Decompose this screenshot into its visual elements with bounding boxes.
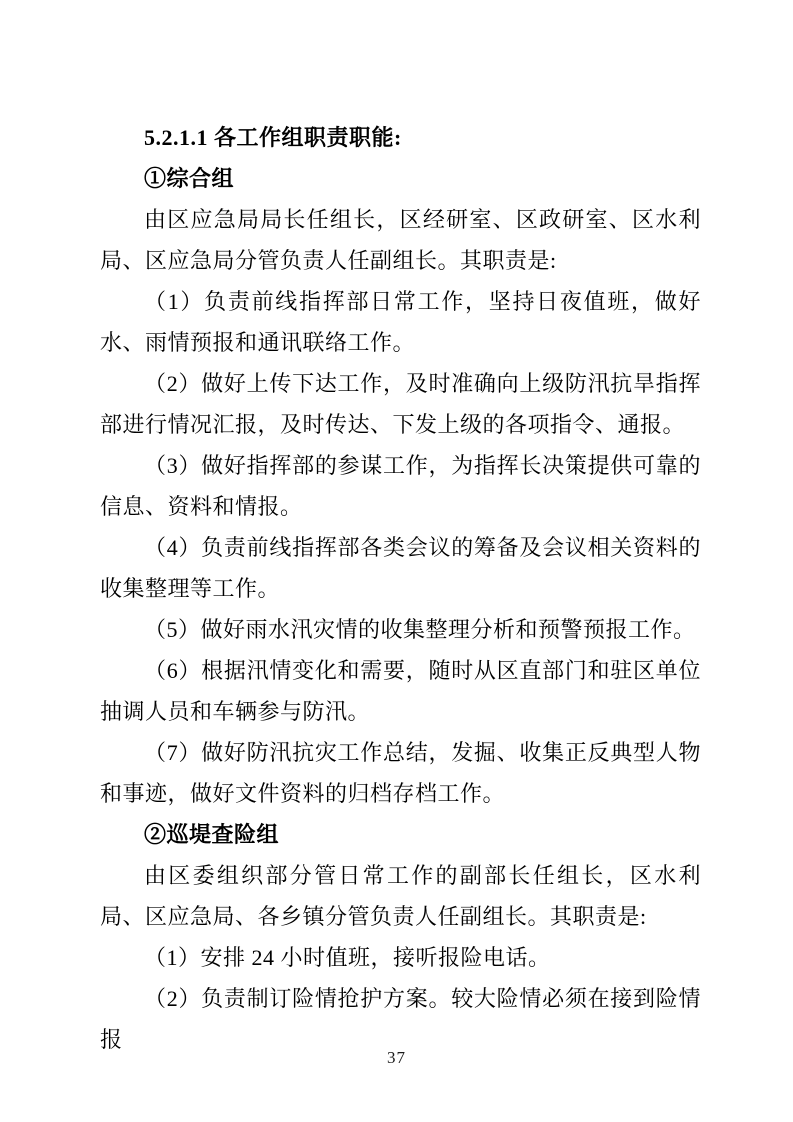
paragraph-duty-2-1: （1）安排 24 小时值班，接听报险电话。: [100, 937, 701, 978]
paragraph-intro-2: 由区委组织部分管日常工作的副部长任组长，区水利局、区应急局、各乡镇分管负责人任副…: [100, 855, 701, 937]
group-title-comprehensive: ①综合组: [100, 158, 701, 199]
paragraph-duty-1-2: （2）做好上传下达工作，及时准确向上级防汛抗旱指挥部进行情况汇报，及时传达、下发…: [100, 363, 701, 445]
section-heading: 5.2.1.1 各工作组职责职能:: [100, 117, 701, 158]
paragraph-duty-1-6: （6）根据汛情变化和需要，随时从区直部门和驻区单位抽调人员和车辆参与防汛。: [100, 650, 701, 732]
paragraph-duty-1-4: （4）负责前线指挥部各类会议的筹备及会议相关资料的收集整理等工作。: [100, 527, 701, 609]
paragraph-duty-1-5: （5）做好雨水汛灾情的收集整理分析和预警预报工作。: [100, 609, 701, 650]
document-content: 5.2.1.1 各工作组职责职能: ①综合组 由区应急局局长任组长，区经研室、区…: [100, 117, 701, 1060]
paragraph-duty-1-7: （7）做好防汛抗灾工作总结，发掘、收集正反典型人物和事迹，做好文件资料的归档存档…: [100, 732, 701, 814]
document-page: 5.2.1.1 各工作组职责职能: ①综合组 由区应急局局长任组长，区经研室、区…: [0, 0, 793, 1122]
page-number: 37: [0, 1048, 793, 1068]
paragraph-intro-1: 由区应急局局长任组长，区经研室、区政研室、区水利局、区应急局分管负责人任副组长。…: [100, 199, 701, 281]
paragraph-duty-1-1: （1）负责前线指挥部日常工作，坚持日夜值班，做好水、雨情预报和通讯联络工作。: [100, 281, 701, 363]
group-title-dike-patrol: ②巡堤查险组: [100, 814, 701, 855]
paragraph-duty-1-3: （3）做好指挥部的参谋工作，为指挥长决策提供可靠的信息、资料和情报。: [100, 445, 701, 527]
